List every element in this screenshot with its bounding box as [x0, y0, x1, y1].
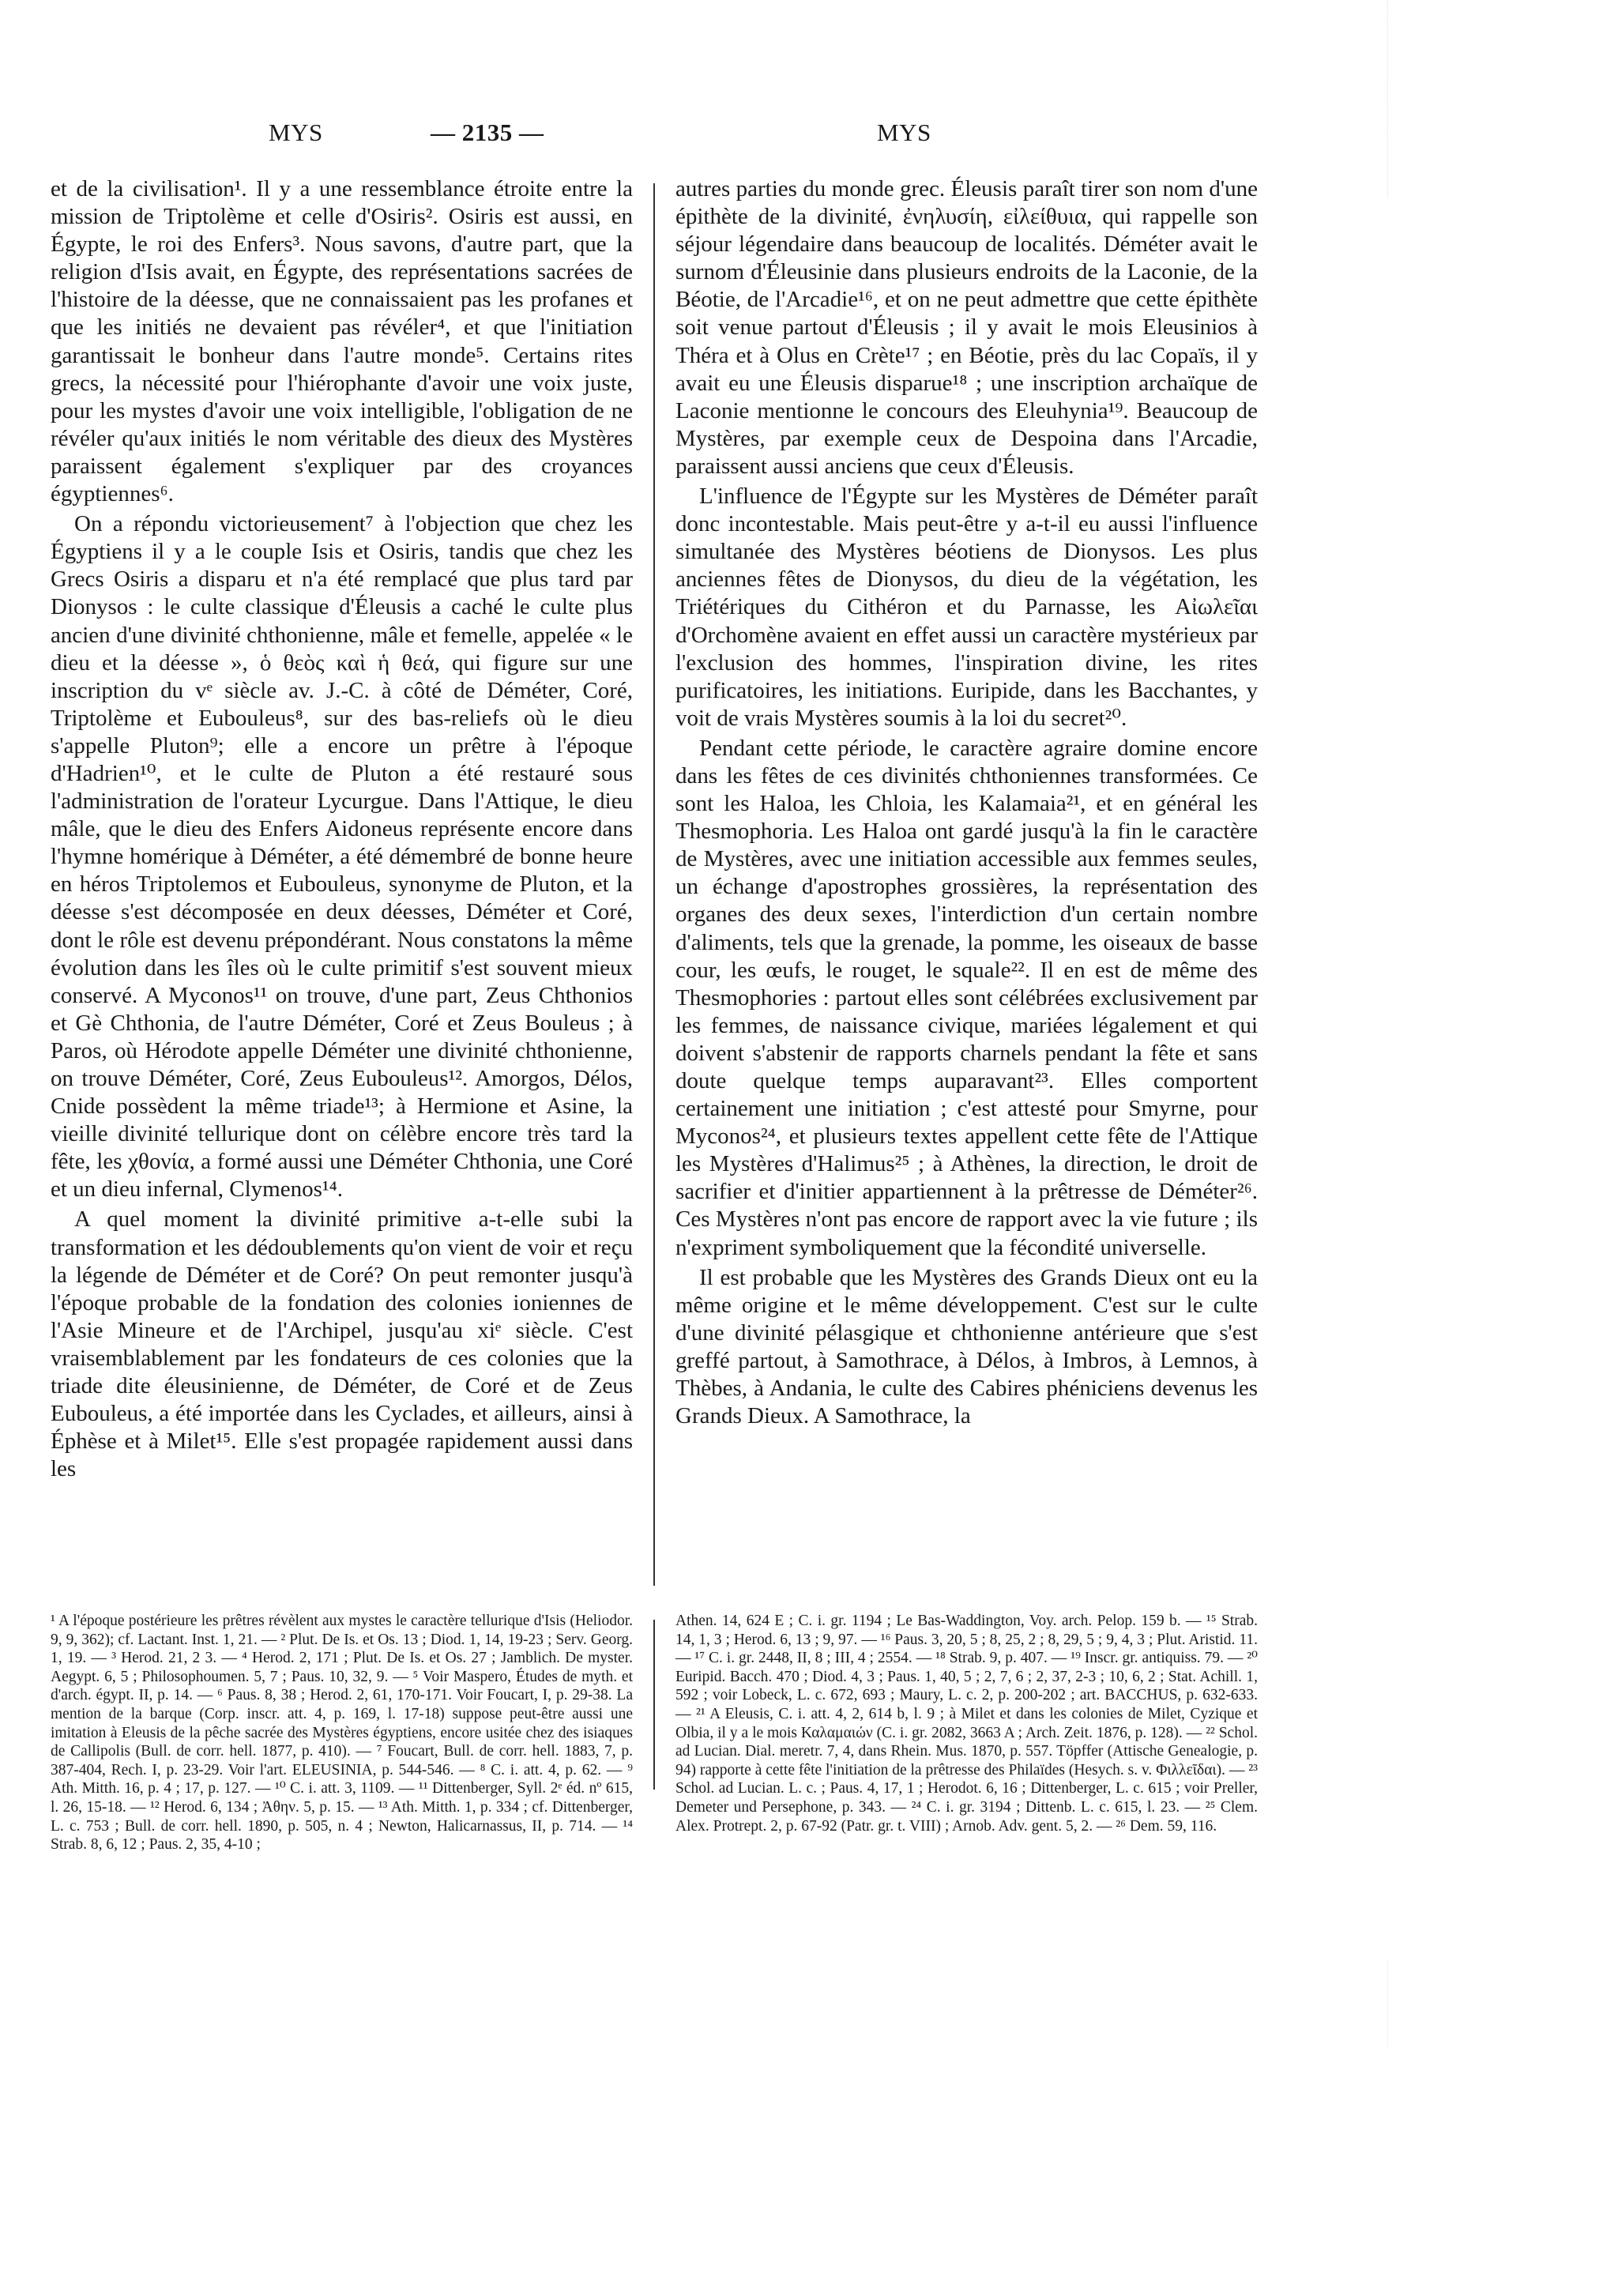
footnote-block: ¹ A l'époque postérieure les prêtres rév…	[51, 1612, 633, 1854]
footnotes-right: Athen. 14, 624 E ; C. i. gr. 1194 ; Le B…	[675, 1612, 1258, 1835]
paragraph: Il est probable que les Mystères des Gra…	[675, 1264, 1258, 1431]
running-head-right: MYS	[877, 119, 931, 147]
page-number: — 2135 —	[431, 119, 544, 147]
scan-edge-line	[1387, 1959, 1389, 2046]
column-divider	[653, 183, 655, 1586]
scan-edge-line	[1387, 0, 1389, 198]
running-head-left: MYS	[269, 119, 323, 147]
paragraph: L'influence de l'Égypte sur les Mystères…	[675, 483, 1258, 732]
right-column: autres parties du monde grec. Éleusis pa…	[675, 175, 1258, 1432]
paragraph: Pendant cette période, le caractère agra…	[675, 735, 1258, 1262]
footnote-block: Athen. 14, 624 E ; C. i. gr. 1194 ; Le B…	[675, 1612, 1258, 1835]
paragraph: autres parties du monde grec. Éleusis pa…	[675, 175, 1258, 480]
left-column: et de la civilisation¹. Il y a une resse…	[51, 175, 633, 1485]
document-page: MYS — 2135 — MYS et de la civilisation¹.…	[0, 0, 1618, 2296]
paragraph: On a répondu victorieusement⁷ à l'object…	[51, 510, 633, 1203]
paragraph: A quel moment la divinité primitive a-t-…	[51, 1206, 633, 1483]
footnotes-left: ¹ A l'époque postérieure les prêtres rév…	[51, 1612, 633, 1854]
footnote-column-divider	[653, 1620, 655, 1790]
paragraph: et de la civilisation¹. Il y a une resse…	[51, 175, 633, 508]
